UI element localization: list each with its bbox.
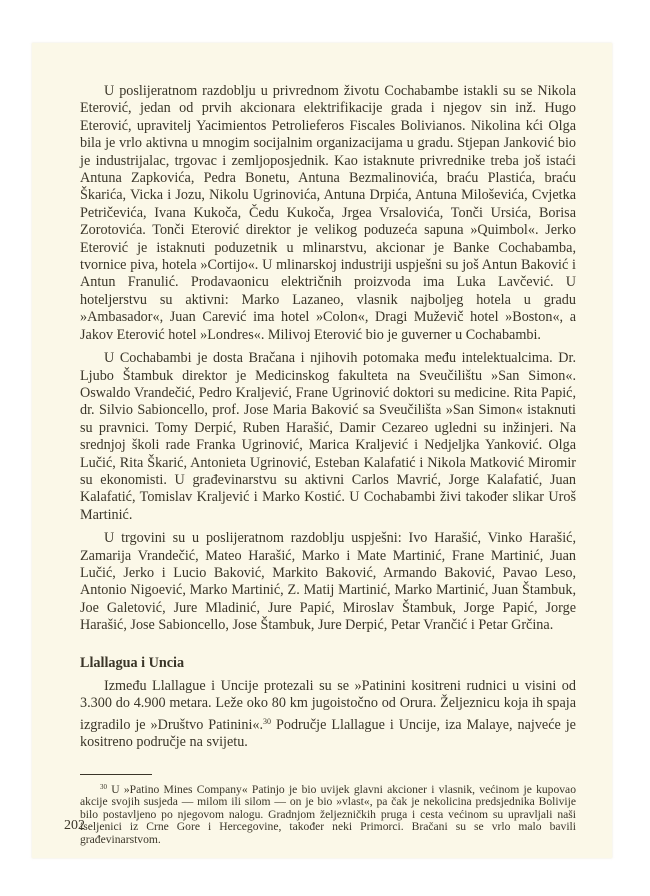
paragraph-cochabamba-intellectuals: U Cochabambi je dosta Bračana i njihovih… xyxy=(80,350,576,524)
book-page: U poslijeratnom razdoblju u privrednom ž… xyxy=(32,43,612,858)
footnote-number: 30 xyxy=(100,783,107,791)
section-heading: Llallagua i Uncia xyxy=(80,655,576,672)
footnote-reference: 30 xyxy=(263,717,271,726)
paragraph-trade: U trgovini su u poslijeratnom razdoblju … xyxy=(80,530,576,634)
paragraph-cochabamba-economy: U poslijeratnom razdoblju u privrednom ž… xyxy=(80,83,576,344)
footnote-text: U »Patino Mines Company« Patinjo je bio … xyxy=(80,783,576,846)
page-number: 202 xyxy=(64,818,85,834)
footnote-divider xyxy=(80,774,152,775)
footnote: 30 U »Patino Mines Company« Patinjo je b… xyxy=(80,781,576,847)
body-text: U poslijeratnom razdoblju u privrednom ž… xyxy=(80,83,576,847)
paragraph-llallagua-uncia: Između Llallague i Uncije protezali su s… xyxy=(80,678,576,752)
